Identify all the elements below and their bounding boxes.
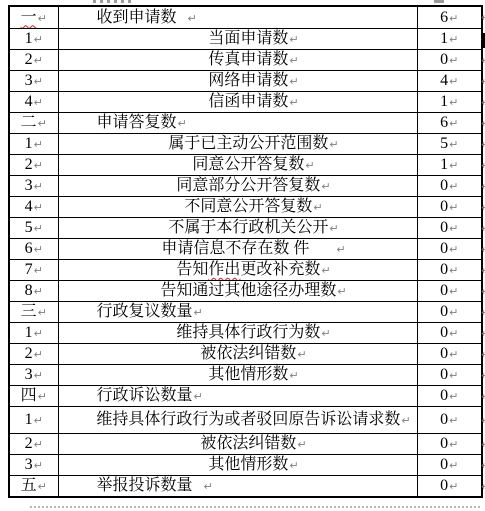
row-value: 0	[440, 324, 448, 341]
paragraph-mark-icon: ↵	[449, 414, 458, 427]
paragraph-mark-icon: ↵	[178, 117, 187, 130]
row-index: 三	[21, 303, 37, 320]
row-label: 同意公开答复数	[192, 156, 304, 173]
paragraph-mark-icon: ↵	[38, 390, 47, 403]
row-label: 网络申请数	[208, 72, 288, 89]
row-value-cell[interactable]: 0↵	[417, 365, 482, 386]
row-label: 被依法纠错数	[200, 345, 296, 362]
table-row: 6↵申请信息不存在数 件↵0↵	[9, 239, 482, 260]
row-index: 一	[21, 9, 37, 26]
table-row: 1↵维持具体行政行为数↵0↵	[9, 323, 482, 344]
paragraph-mark-icon: ↵	[449, 138, 458, 151]
row-index-cell[interactable]: 三↵	[9, 302, 58, 323]
paragraph-mark-icon: ↵	[204, 480, 213, 493]
paragraph-mark-icon: ↵	[34, 201, 43, 214]
row-index: 二	[21, 114, 37, 131]
paragraph-mark-icon: ↵	[34, 54, 43, 67]
row-value-cell[interactable]: 0↵	[417, 260, 482, 281]
row-value-cell[interactable]: 0↵	[417, 197, 482, 218]
row-label: 同意部分公开答复数	[176, 177, 320, 194]
paragraph-mark-icon: ↵	[38, 480, 47, 493]
row-value-cell[interactable]: 4↵	[417, 71, 482, 92]
row-index-cell[interactable]: 2↵	[9, 50, 58, 71]
row-index-cell[interactable]: 五↵	[9, 476, 58, 498]
end-of-row-mark-icon: ↵	[481, 160, 485, 171]
row-value: 0	[440, 51, 448, 68]
row-index: 7	[25, 261, 33, 278]
row-label-cell[interactable]: 同意公开答复数↵	[58, 155, 417, 176]
row-value: 0	[440, 387, 448, 404]
paragraph-mark-icon: ↵	[449, 12, 458, 25]
row-index-cell[interactable]: 1↵	[9, 323, 58, 344]
row-label-cell[interactable]: 同意部分公开答复数↵	[58, 176, 417, 197]
table-row: 4↵不同意公开答复数↵0↵	[9, 197, 482, 218]
row-value-cell[interactable]: 0↵	[417, 434, 482, 455]
row-value: 1	[440, 156, 448, 173]
row-index-cell[interactable]: 1↵	[9, 407, 58, 434]
row-value: 0	[440, 477, 448, 494]
row-label-cell[interactable]: 当面申请数↵	[58, 29, 417, 50]
row-index: 2	[25, 51, 33, 68]
paragraph-mark-icon: ↵	[449, 348, 458, 361]
row-label-cell[interactable]: 行政复议数量↵	[58, 302, 417, 323]
row-label-cell[interactable]: 告知通过其他途径办理数↵	[58, 281, 417, 302]
paragraph-mark-icon: ↵	[449, 438, 458, 451]
row-label-cell[interactable]: 其他情形数↵	[58, 455, 417, 476]
table-row: 2↵被依法纠错数↵0↵	[9, 434, 482, 455]
row-value-cell[interactable]: 1↵	[417, 92, 482, 113]
end-of-row-mark-icon: ↵	[481, 415, 485, 426]
row-label: 不同意公开答复数	[184, 198, 312, 215]
row-index: 3	[25, 366, 33, 383]
table-row: 1↵当面申请数↵1↵	[9, 29, 482, 50]
end-of-row-mark-icon: ↵	[481, 55, 485, 66]
paragraph-mark-icon: ↵	[336, 243, 345, 256]
row-index-cell[interactable]: 4↵	[9, 92, 58, 113]
paragraph-mark-icon: ↵	[329, 222, 338, 235]
row-index-cell[interactable]: 2↵	[9, 155, 58, 176]
table-row: 3↵网络申请数↵4↵	[9, 71, 482, 92]
paragraph-mark-icon: ↵	[289, 96, 298, 109]
row-value-cell[interactable]: 5↵	[417, 134, 482, 155]
row-index: 1	[25, 30, 33, 47]
paragraph-mark-icon: ↵	[449, 306, 458, 319]
row-index-cell[interactable]: 3↵	[9, 176, 58, 197]
table-row: 3↵其他情形数↵0↵	[9, 365, 482, 386]
end-of-row-mark-icon: ↵	[481, 139, 485, 150]
row-value: 0	[440, 198, 448, 215]
row-index-cell[interactable]: 2↵	[9, 434, 58, 455]
row-label-cell[interactable]: 被依法纠错数↵	[58, 434, 417, 455]
row-index-cell[interactable]: 7↵	[9, 260, 58, 281]
paragraph-mark-icon: ↵	[449, 222, 458, 235]
paragraph-mark-icon: ↵	[449, 75, 458, 88]
row-index: 2	[25, 156, 33, 173]
paragraph-mark-icon: ↵	[449, 180, 458, 193]
end-of-row-mark-icon: ↵	[481, 223, 485, 234]
row-index-cell[interactable]: 5↵	[9, 218, 58, 239]
row-index-cell[interactable]: 二↵	[9, 113, 58, 134]
paragraph-mark-icon: ↵	[449, 480, 458, 493]
row-label: 作出	[208, 261, 240, 278]
row-index: 五	[21, 477, 37, 494]
row-index-cell[interactable]: 3↵	[9, 365, 58, 386]
paragraph-mark-icon: ↵	[38, 12, 47, 25]
row-value: 6	[440, 9, 448, 26]
paragraph-mark-icon: ↵	[449, 390, 458, 403]
row-label-cell[interactable]: 传真申请数↵	[58, 50, 417, 71]
end-of-row-mark-icon: ↵	[481, 76, 485, 87]
paragraph-mark-icon: ↵	[34, 369, 43, 382]
row-label-cell[interactable]: 网络申请数↵	[58, 71, 417, 92]
row-label: 不属于本行政机关公开	[168, 219, 328, 236]
end-of-row-mark-icon: ↵	[481, 349, 485, 360]
row-index: 3	[25, 177, 33, 194]
document-page: 一↵收到申请数↵6↵1↵当面申请数↵1↵2↵传真申请数↵0↵3↵网络申请数↵4↵…	[0, 0, 485, 511]
paragraph-mark-icon: ↵	[38, 117, 47, 130]
row-index: 四	[21, 387, 37, 404]
row-value: 0	[440, 411, 448, 428]
paragraph-mark-icon: ↵	[449, 327, 458, 340]
row-value: 0	[440, 456, 448, 473]
row-value-cell[interactable]: 6↵	[417, 6, 482, 29]
paragraph-mark-icon: ↵	[449, 285, 458, 298]
row-label: 行政复议数量	[97, 303, 193, 320]
row-value-cell[interactable]: 0↵	[417, 50, 482, 71]
row-value-cell[interactable]: 0↵	[417, 176, 482, 197]
table-row: 4↵信函申请数↵1↵	[9, 92, 482, 113]
table-body: 一↵收到申请数↵6↵1↵当面申请数↵1↵2↵传真申请数↵0↵3↵网络申请数↵4↵…	[9, 6, 482, 497]
paragraph-mark-icon: ↵	[337, 285, 346, 298]
row-label: 举报投诉数量	[97, 477, 193, 494]
row-value-cell[interactable]: 0↵	[417, 218, 482, 239]
paragraph-mark-icon: ↵	[34, 75, 43, 88]
paragraph-mark-icon: ↵	[329, 138, 338, 151]
paragraph-mark-icon: ↵	[449, 201, 458, 214]
end-of-row-mark-icon: ↵	[481, 265, 485, 276]
row-label-cell[interactable]: 告知作出更改补充数↵	[58, 260, 417, 281]
table-row: 7↵告知作出更改补充数↵0↵	[9, 260, 482, 281]
paragraph-mark-icon: ↵	[449, 159, 458, 172]
row-value: 0	[440, 435, 448, 452]
paragraph-mark-icon: ↵	[449, 54, 458, 67]
row-label: 其他情形数	[208, 456, 288, 473]
paragraph-mark-icon: ↵	[449, 369, 458, 382]
row-label: 属于已主动公开范围数	[168, 135, 328, 152]
table-row: 1↵维持具体行政行为或者驳回原告诉讼请求数↵0↵	[9, 407, 482, 434]
row-value-cell[interactable]: 0↵	[417, 302, 482, 323]
end-of-row-mark-icon: ↵	[481, 481, 485, 492]
row-label: 申请信息不存在数 件	[161, 240, 309, 257]
table-row: 8↵告知通过其他途径办理数↵0↵	[9, 281, 482, 302]
paragraph-mark-icon: ↵	[38, 306, 47, 319]
end-of-row-mark-icon: ↵	[481, 439, 485, 450]
paragraph-mark-icon: ↵	[34, 327, 43, 340]
spacing-gap	[193, 489, 203, 490]
row-value-cell[interactable]: 1↵	[417, 155, 482, 176]
paragraph-mark-icon: ↵	[289, 459, 298, 472]
row-value-cell[interactable]: 0↵	[417, 407, 482, 434]
paragraph-mark-icon: ↵	[449, 459, 458, 472]
paragraph-mark-icon: ↵	[401, 414, 410, 427]
row-label: 被依法纠错数	[200, 435, 296, 452]
row-value-cell[interactable]: 1↵	[417, 29, 482, 50]
row-label-cell[interactable]: 信函申请数↵	[58, 92, 417, 113]
paragraph-mark-icon: ↵	[289, 75, 298, 88]
row-value: 0	[440, 219, 448, 236]
row-label-cell[interactable]: 维持具体行政行为数↵	[58, 323, 417, 344]
table-row: 三↵行政复议数量↵0↵	[9, 302, 482, 323]
row-label: 告知通过其他途径办理数	[160, 282, 336, 299]
paragraph-mark-icon: ↵	[34, 180, 43, 193]
paragraph-mark-icon: ↵	[194, 306, 203, 319]
row-label-cell[interactable]: 属于已主动公开范围数↵	[58, 134, 417, 155]
disclosure-stats-table: 一↵收到申请数↵6↵1↵当面申请数↵1↵2↵传真申请数↵0↵3↵网络申请数↵4↵…	[8, 5, 483, 498]
row-value: 0	[440, 240, 448, 257]
row-value: 5	[440, 135, 448, 152]
row-label: 信函申请数	[208, 93, 288, 110]
paragraph-mark-icon: ↵	[297, 348, 306, 361]
table-row: 3↵同意部分公开答复数↵0↵	[9, 176, 482, 197]
row-index: 1	[25, 324, 33, 341]
row-index: 5	[25, 219, 33, 236]
row-index: 1	[25, 135, 33, 152]
row-value: 6	[440, 114, 448, 131]
row-label: 更改补充数	[240, 261, 320, 278]
row-value-cell[interactable]: 0↵	[417, 386, 482, 407]
paragraph-mark-icon: ↵	[34, 414, 43, 427]
row-value-cell[interactable]: 0↵	[417, 455, 482, 476]
row-label: 收到申请数	[97, 9, 177, 26]
row-label: 维持具体行政行为数	[176, 324, 320, 341]
row-label: 申请答复数	[97, 114, 177, 131]
row-value: 0	[440, 261, 448, 278]
table-row: 5↵不属于本行政机关公开↵0↵	[9, 218, 482, 239]
table-row: 二↵申请答复数↵6↵	[9, 113, 482, 134]
row-index-cell[interactable]: 3↵	[9, 455, 58, 476]
row-index-cell[interactable]: 四↵	[9, 386, 58, 407]
row-label: 告知	[176, 261, 208, 278]
clipped-text-artifact-bottom	[30, 506, 480, 508]
spacing-gap	[309, 252, 335, 253]
row-label-cell[interactable]: 维持具体行政行为或者驳回原告诉讼请求数↵	[58, 407, 417, 434]
paragraph-mark-icon: ↵	[313, 201, 322, 214]
paragraph-mark-icon: ↵	[321, 180, 330, 193]
row-value-cell[interactable]: 0↵	[417, 239, 482, 260]
row-index: 4	[25, 93, 33, 110]
row-index: 2	[25, 435, 33, 452]
paragraph-mark-icon: ↵	[321, 327, 330, 340]
row-label-cell[interactable]: 行政诉讼数量↵	[58, 386, 417, 407]
end-of-row-mark-icon: ↵	[481, 391, 485, 402]
paragraph-mark-icon: ↵	[449, 264, 458, 277]
paragraph-mark-icon: ↵	[34, 222, 43, 235]
paragraph-mark-icon: ↵	[449, 33, 458, 46]
row-value: 0	[440, 366, 448, 383]
clipped-text-artifact-top-left	[93, 0, 135, 3]
end-of-row-mark-icon: ↵	[481, 118, 485, 129]
end-of-row-mark-icon: ↵	[481, 244, 485, 255]
end-of-row-mark-icon: ↵	[481, 460, 485, 471]
end-of-row-mark-icon: ↵	[481, 370, 485, 381]
table-row: 五↵举报投诉数量↵0↵	[9, 476, 482, 498]
row-index: 8	[25, 282, 33, 299]
row-value: 1	[440, 30, 448, 47]
paragraph-mark-icon: ↵	[34, 285, 43, 298]
row-value-cell[interactable]: 0↵	[417, 344, 482, 365]
paragraph-mark-icon: ↵	[34, 459, 43, 472]
end-of-row-mark-icon: ↵	[481, 97, 485, 108]
row-index-cell[interactable]: 8↵	[9, 281, 58, 302]
end-of-row-mark-icon: ↵	[481, 328, 485, 339]
row-value: 4	[440, 72, 448, 89]
paragraph-mark-icon: ↵	[289, 54, 298, 67]
row-label-cell[interactable]: 申请答复数↵	[58, 113, 417, 134]
paragraph-mark-icon: ↵	[34, 264, 43, 277]
end-of-row-mark-icon: ↵	[481, 286, 485, 297]
row-value: 0	[440, 345, 448, 362]
end-of-row-mark-icon: ↵	[481, 307, 485, 318]
row-label-cell[interactable]: 被依法纠错数↵	[58, 344, 417, 365]
row-label-cell[interactable]: 不同意公开答复数↵	[58, 197, 417, 218]
row-label: 其他情形数	[208, 366, 288, 383]
row-value-cell[interactable]: 0↵	[417, 476, 482, 498]
end-of-row-mark-icon: ↵	[481, 202, 485, 213]
paragraph-mark-icon: ↵	[34, 33, 43, 46]
row-index: 3	[25, 72, 33, 89]
row-value-cell[interactable]: 6↵	[417, 113, 482, 134]
row-index: 2	[25, 345, 33, 362]
row-label-cell[interactable]: 不属于本行政机关公开↵	[58, 218, 417, 239]
row-value: 0	[440, 282, 448, 299]
paragraph-mark-icon: ↵	[305, 159, 314, 172]
paragraph-mark-icon: ↵	[34, 159, 43, 172]
paragraph-mark-icon: ↵	[34, 96, 43, 109]
paragraph-mark-icon: ↵	[297, 438, 306, 451]
row-label: 当面申请数	[208, 30, 288, 47]
clipped-text-artifact-top-right	[434, 0, 444, 3]
row-index-cell[interactable]: 6↵	[9, 239, 58, 260]
row-label-cell[interactable]: 举报投诉数量↵	[58, 476, 417, 498]
row-label-cell[interactable]: 申请信息不存在数 件↵	[58, 239, 417, 260]
row-index-cell[interactable]: 3↵	[9, 71, 58, 92]
row-value-cell[interactable]: 0↵	[417, 281, 482, 302]
table-row: 四↵行政诉讼数量↵0↵	[9, 386, 482, 407]
row-index-cell[interactable]: 4↵	[9, 197, 58, 218]
table-row: 2↵同意公开答复数↵1↵	[9, 155, 482, 176]
paragraph-mark-icon: ↵	[449, 117, 458, 130]
paragraph-mark-icon: ↵	[449, 243, 458, 256]
row-index-cell[interactable]: 1↵	[9, 29, 58, 50]
row-index-cell[interactable]: 2↵	[9, 344, 58, 365]
row-index: 3	[25, 456, 33, 473]
paragraph-mark-icon: ↵	[188, 12, 197, 25]
end-of-row-mark-icon: ↵	[481, 181, 485, 192]
row-index: 4	[25, 198, 33, 215]
row-index: 6	[25, 240, 33, 257]
table-row: 2↵传真申请数↵0↵	[9, 50, 482, 71]
end-of-row-mark-icon: ↵	[481, 12, 485, 23]
table-row: 1↵属于已主动公开范围数↵5↵	[9, 134, 482, 155]
paragraph-mark-icon: ↵	[449, 96, 458, 109]
paragraph-mark-icon: ↵	[194, 390, 203, 403]
row-index: 1	[25, 411, 33, 428]
paragraph-mark-icon: ↵	[34, 138, 43, 151]
row-label-cell[interactable]: 其他情形数↵	[58, 365, 417, 386]
row-value: 1	[440, 93, 448, 110]
spacing-gap	[177, 21, 187, 22]
row-value: 0	[440, 303, 448, 320]
row-label-cell[interactable]: 收到申请数↵	[58, 6, 417, 29]
paragraph-mark-icon: ↵	[34, 243, 43, 256]
table-row: 3↵其他情形数↵0↵	[9, 455, 482, 476]
row-label: 行政诉讼数量	[97, 387, 193, 404]
row-index-cell[interactable]: 一↵	[9, 6, 58, 29]
paragraph-mark-icon: ↵	[289, 33, 298, 46]
table-row: 一↵收到申请数↵6↵	[9, 6, 482, 29]
table-row: 2↵被依法纠错数↵0↵	[9, 344, 482, 365]
paragraph-mark-icon: ↵	[321, 264, 330, 277]
row-label: 维持具体行政行为或者驳回原告诉讼请求数	[96, 411, 400, 428]
paragraph-mark-icon: ↵	[34, 438, 43, 451]
paragraph-mark-icon: ↵	[34, 348, 43, 361]
paragraph-mark-icon: ↵	[289, 369, 298, 382]
row-value-cell[interactable]: 0↵	[417, 323, 482, 344]
row-label: 传真申请数	[208, 51, 288, 68]
row-index-cell[interactable]: 1↵	[9, 134, 58, 155]
row-value: 0	[440, 177, 448, 194]
